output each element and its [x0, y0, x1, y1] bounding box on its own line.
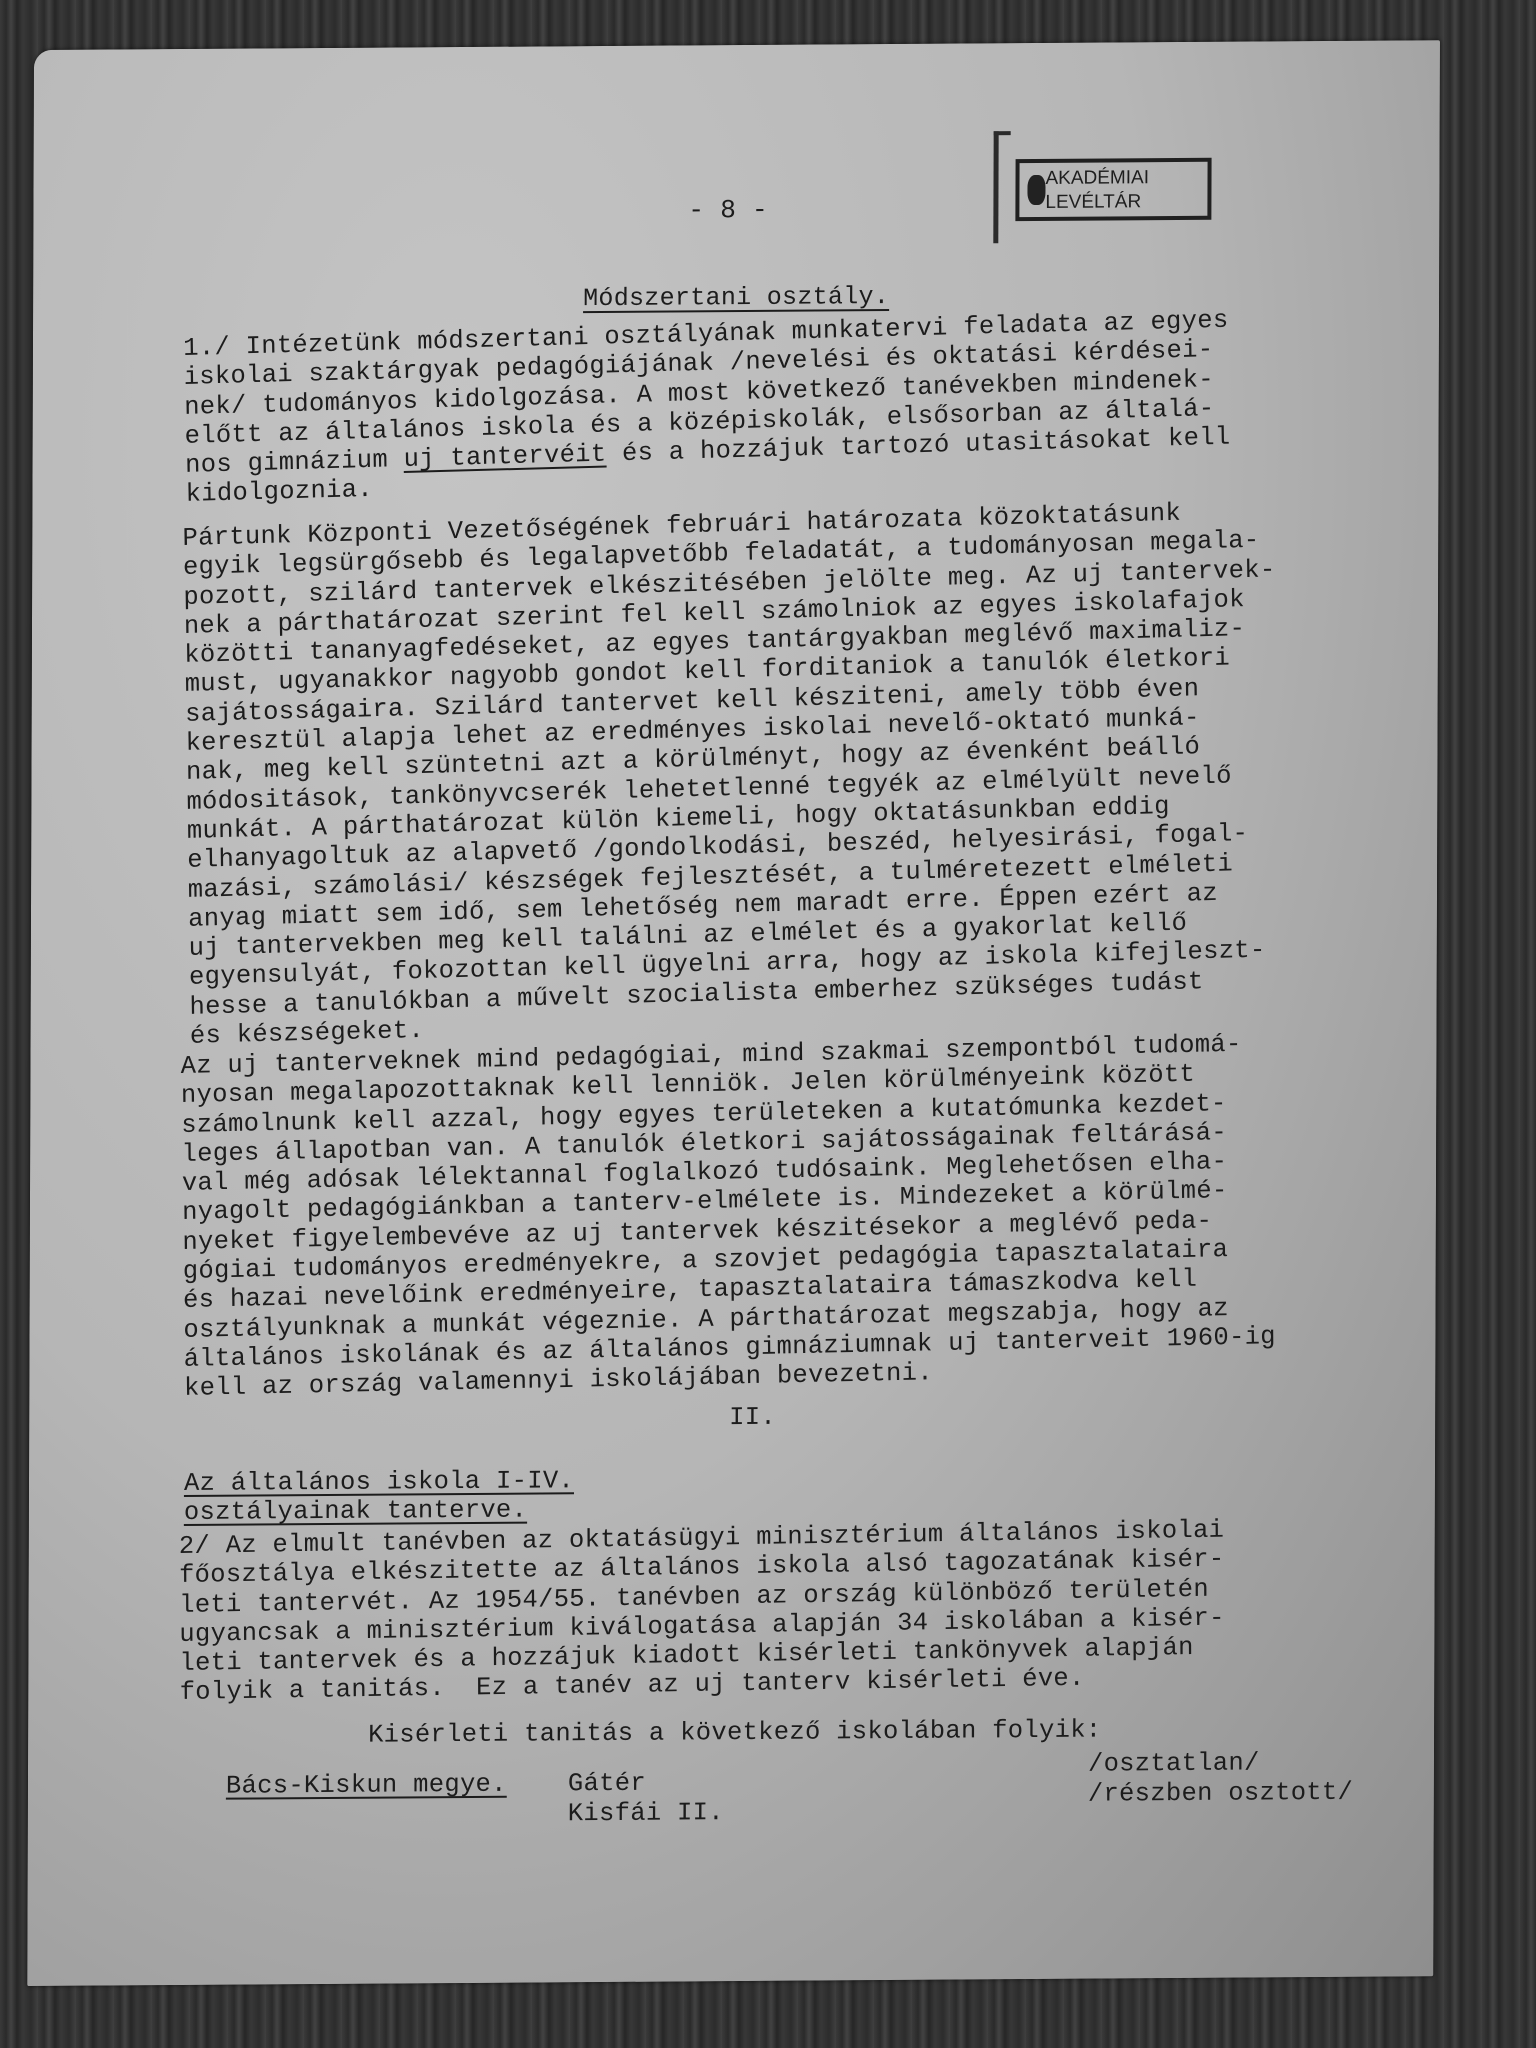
section-number: II.	[729, 1403, 776, 1432]
school-item: Kisfái II.	[568, 1798, 724, 1829]
stamp-line-1: AKADÉMIAI	[1045, 166, 1207, 191]
underlined-text: uj tantervéit	[403, 440, 606, 474]
document-page: AKADÉMIAI LEVÉLTÁR - 8 - Módszertani osz…	[27, 40, 1440, 1986]
school-notes: /osztatlan/ /részben osztott/	[1088, 1748, 1353, 1810]
paragraph-4: 2/ Az elmult tanévben az oktatásügyi min…	[179, 1516, 1225, 1708]
school-note: /osztatlan/	[1088, 1748, 1353, 1780]
school-list-lead: Kisérleti tanitás a következő iskolában …	[368, 1716, 1101, 1750]
stamp-line-2: LEVÉLTÁR	[1045, 190, 1207, 215]
paragraph-3: Az uj tanterveknek mind pedagógiai, mind…	[180, 1029, 1276, 1403]
paragraph-2: Pártunk Központi Vezetőségének februári …	[182, 496, 1282, 1051]
stamp-ink-blot	[1027, 175, 1045, 205]
school-note: /részben osztott/	[1088, 1778, 1353, 1810]
section-heading-line-1: Az általános iskola I-IV.	[184, 1466, 574, 1498]
county-label: Bács-Kiskun megye.	[226, 1770, 507, 1801]
school-list: Gátér Kisfái II.	[568, 1768, 724, 1829]
stamp-box: AKADÉMIAI LEVÉLTÁR	[1015, 158, 1211, 221]
page-number: - 8 -	[688, 195, 768, 226]
paragraph-1: 1./ Intézetünk módszertani osztályának m…	[183, 306, 1231, 510]
school-item: Gátér	[568, 1768, 724, 1799]
section-heading: Az általános iskola I-IV. osztályainak t…	[184, 1466, 574, 1527]
page-title: Módszertani osztály.	[583, 282, 889, 313]
section-heading-line-2: osztályainak tanterve.	[184, 1495, 574, 1527]
stamp-bracket	[993, 131, 1010, 243]
archive-stamp: AKADÉMIAI LEVÉLTÁR	[993, 130, 1238, 244]
